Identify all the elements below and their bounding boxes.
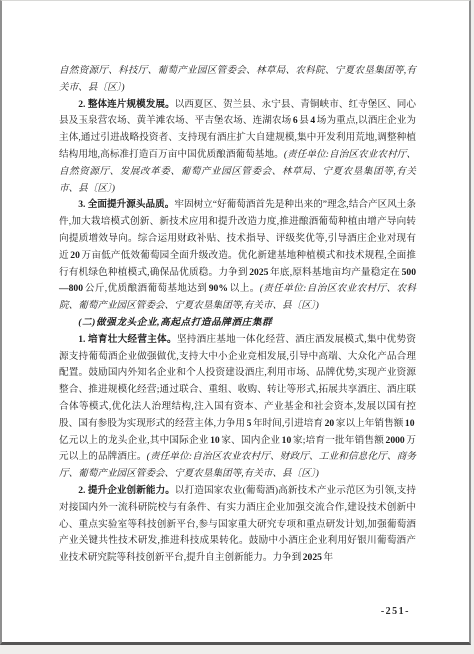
paragraph-lead: 2. 整体连片规模发展。 bbox=[78, 99, 175, 110]
paragraph-body: 坚持酒庄基地一体化经营、酒庄酒发展模式,集中优势资源支持葡萄酒企业做强做优,支持… bbox=[59, 334, 416, 463]
section-heading: (二)做强龙头企业,高起点打造品牌酒庄集群 bbox=[59, 315, 416, 332]
paragraph-body: 以打造国家农业(葡萄酒)高新技术产业示范区为引领,支持对接国内外一流科研院校与有… bbox=[59, 485, 416, 563]
paragraph-lead: 1. 培育壮大经营主体。 bbox=[78, 334, 177, 345]
paragraph-innovation-capacity: 2. 提升企业创新能力。以打造国家农业(葡萄酒)高新技术产业示范区为引领,支持对… bbox=[59, 483, 416, 567]
paragraph-business-entities: 1. 培育壮大经营主体。坚持酒庄基地一体化经营、酒庄酒发展模式,集中优势资源支持… bbox=[59, 332, 416, 483]
document-page: 自然资源厅、科技厅、葡萄产业园区管委会、林草局、农科院、宁夏农垦集团等,有关市、… bbox=[0, 0, 471, 645]
paragraph-lead: 3. 全面提升源头品质。 bbox=[78, 199, 174, 210]
paragraph-continuation: 自然资源厅、科技厅、葡萄产业园区管委会、林草局、农科院、宁夏农垦集团等,有关市、… bbox=[59, 63, 416, 97]
paragraph-lead: 2. 提升企业创新能力。 bbox=[78, 485, 175, 496]
paragraph-body: 牢固树立“好葡萄酒首先是种出来的”理念,结合产区风土条件,加大栽培模式创新、新技… bbox=[59, 199, 416, 294]
text-column: 自然资源厅、科技厅、葡萄产业园区管委会、林草局、农科院、宁夏农垦集团等,有关市、… bbox=[59, 63, 416, 567]
page-number: -251- bbox=[381, 606, 410, 617]
paragraph-scale-development: 2. 整体连片规模发展。以西夏区、贺兰县、永宁县、青铜峡市、红寺堡区、同心县及玉… bbox=[59, 97, 416, 198]
paragraph-source-quality: 3. 全面提升源头品质。牢固树立“好葡萄酒首先是种出来的”理念,结合产区风土条件… bbox=[59, 197, 416, 315]
responsibility-note-continued: 自然资源厅、科技厅、葡萄产业园区管委会、林草局、农科院、宁夏农垦集团等,有关市、… bbox=[59, 65, 416, 93]
